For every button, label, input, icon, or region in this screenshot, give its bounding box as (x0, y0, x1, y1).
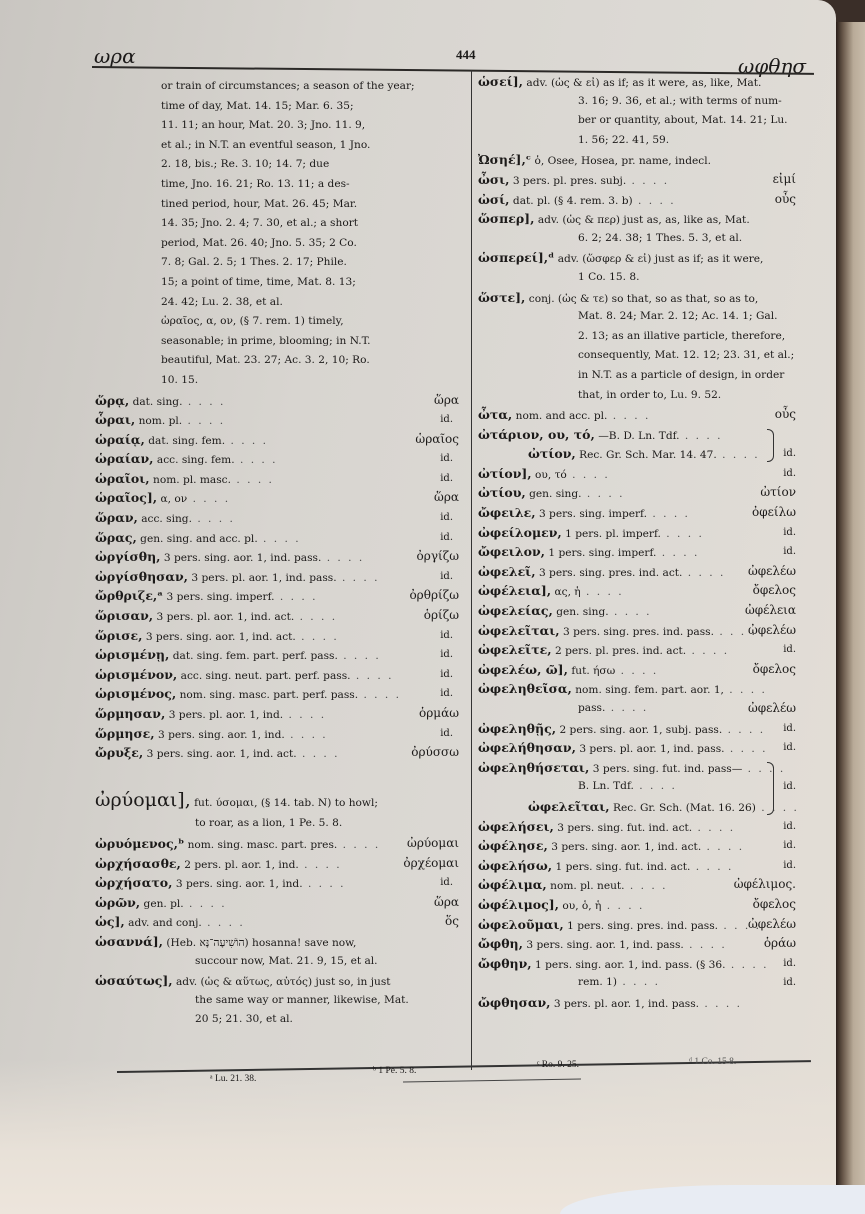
headword: ὤφθην, (478, 956, 532, 971)
dictionary-line: ὠφέλιμα, nom. pl. neut. . . . .ὠφέλιμος. (478, 875, 818, 895)
dictionary-line: 20 5; 21. 30, et al. (95, 1010, 465, 1030)
dictionary-line: ὠφεληθῇς, 2 pers. sing. aor. 1, subj. pa… (478, 719, 818, 739)
cross-reference: id. (440, 449, 453, 469)
headword: ὠρυόμενος,ᵇ (95, 836, 184, 851)
headword: ὠργίσθησαν, (95, 569, 188, 584)
leader-dots: . . . . (296, 631, 339, 643)
headword: ὠφέλιμος], (478, 897, 559, 912)
leader-dots: . . . . (682, 567, 725, 579)
dictionary-line: 2. 18, bis.; Re. 3. 10; 14. 7; due (95, 155, 465, 175)
cross-reference: id. (440, 665, 453, 685)
headword: ὠφεληθεῖσα, (478, 681, 572, 696)
leader-dots: . . . . (225, 435, 268, 447)
cross-reference: ὠφέλεια (745, 601, 796, 621)
headword: ὠρχήσασθε, (95, 856, 181, 871)
dictionary-line: ὥσπερ], adv. (ὡς & περ) just as, as, lik… (478, 209, 818, 229)
cross-reference: ὄφελος (753, 660, 796, 680)
leader-dots: . . . . (724, 684, 767, 696)
dictionary-line: ὡσεί], adv. (ὡς & εἰ) as if; as it were,… (478, 72, 818, 92)
leader-dots: . . . . (625, 880, 668, 892)
definition: 3 pers. sing. imperf. (166, 591, 274, 603)
dictionary-line: ὠφελεῖται, 3 pers. sing. pres. ind. pass… (478, 621, 818, 641)
dictionary-line: ὠφελέω, ῶ], fut. ήσω . . . .ὄφελος (478, 660, 818, 680)
headword: ὧραι, (95, 412, 135, 427)
cross-reference: id. (783, 856, 796, 876)
definition: 1 pers. sing. pres. ind. pass. (567, 920, 718, 932)
headword: ὤφθη, (478, 936, 523, 951)
headword: ὡσπερεί],ᵈ (478, 250, 554, 265)
leader-dots: . . . . (285, 729, 328, 741)
dictionary-line: ὠρχήσατο, 3 pers. sing. aor. 1, ind. . .… (95, 873, 465, 893)
definition: 3 pers. sing. aor. 1, ind. pass. (526, 939, 683, 951)
dictionary-line: rem. 1) . . . .id. (478, 973, 818, 993)
definition: 1 pers. sing. aor. 1, ind. pass. (§ 36. (535, 959, 725, 971)
definition: gen. sing. (556, 606, 608, 618)
leader-dots: . . . . (617, 976, 660, 988)
dictionary-line: ὡρισμένῃ, dat. sing. fem. part. perf. pa… (95, 645, 465, 665)
cross-reference: id. (440, 567, 453, 587)
dictionary-line: consequently, Mat. 12. 12; 23. 31, et al… (478, 346, 818, 366)
headword: ὠφελείας, (478, 603, 553, 618)
cross-reference: id. (783, 542, 796, 562)
cross-reference: ὥρα (434, 893, 459, 913)
leader-dots: . . . . (605, 702, 648, 714)
cross-reference: id. (440, 724, 453, 744)
headword: ὠτάριον, ου, τό, (478, 427, 595, 442)
entry-text: 20 5; 21. 30, et al. (195, 1013, 293, 1025)
entry-text: et al.; in N.T. an eventful season, 1 Jn… (161, 139, 370, 151)
leader-dots: . . . . (690, 861, 733, 873)
cross-reference: ὥρα (434, 488, 459, 508)
footnote-a: ᵃ Lu. 21. 38. (210, 1074, 256, 1084)
headword: ὡρισμένον, (95, 667, 177, 682)
headword: ὠφελεῖται, (478, 623, 560, 638)
headword: ὡσεί], (478, 74, 523, 89)
leader-dots: . . . . (192, 513, 235, 525)
cross-reference: ὡραῖος (415, 430, 459, 450)
entry-text: or train of circumstances; a season of t… (161, 80, 415, 92)
cross-reference: id. (783, 954, 796, 974)
dictionary-line: ὠφέλησε, 3 pers. sing. aor. 1, ind. act.… (478, 836, 818, 856)
cross-reference: οὖς (775, 190, 796, 210)
headword: ὤφθησαν, (478, 995, 551, 1010)
leader-dots: . . . . (275, 591, 318, 603)
dictionary-line: ὡραίαν, acc. sing. fem. . . . .id. (95, 449, 465, 469)
definition: adv. and conj. (128, 917, 202, 929)
headword: ὠσί, (478, 192, 510, 207)
definition: 3 pers. sing. aor. 1, ind. (176, 878, 303, 890)
cross-reference: id. (783, 777, 796, 797)
entry-text: to roar, as a lion, 1 Pe. 5. 8. (195, 817, 342, 829)
entry-text: tined period, hour, Mat. 26. 45; Mar. (161, 198, 357, 210)
cross-reference: ὠφελέω (748, 621, 796, 641)
footnote-c: ᶜ Ro. 9. 25. (537, 1060, 579, 1070)
definition: 3 pers. pl. aor. 1, ind. (169, 709, 283, 721)
headword: ὠφέλιμα, (478, 877, 547, 892)
cross-reference: id. (783, 444, 796, 464)
leader-dots: . . . . (297, 748, 340, 760)
dictionary-line: ὠσί, dat. pl. (§ 4. rem. 3. b) . . . .οὖ… (478, 190, 818, 210)
entry-text: 2. 18, bis.; Re. 3. 10; 14. 7; due (161, 158, 329, 170)
dictionary-line: ὥρισε, 3 pers. sing. aor. 1, ind. act. .… (95, 626, 465, 646)
headword: ὠφελεῖ, (478, 564, 536, 579)
definition: nom. pl. neut. (550, 880, 624, 892)
headword: ὠρχήσατο, (95, 875, 172, 890)
leader-dots: . . . . (607, 410, 650, 422)
leader-dots: . . . . (235, 454, 278, 466)
dictionary-line: ὤφθη, 3 pers. sing. aor. 1, ind. pass. .… (478, 934, 818, 954)
definition: fut. ύσομαι, (§ 14. tab. N) to howl; (194, 797, 378, 809)
headword: ὥρισαν, (95, 608, 153, 623)
dictionary-line: ὠρχήσασθε, 2 pers. pl. aor. 1, ind. . . … (95, 854, 465, 874)
cross-reference: id. (440, 684, 453, 704)
dictionary-line: ὤρθριζε,ᵃ 3 pers. sing. imperf. . . . .ὀ… (95, 586, 465, 606)
left-column: or train of circumstances; a season of t… (95, 77, 465, 1030)
dictionary-line: ὠφελείας, gen. sing. . . . .ὠφέλεια (478, 601, 818, 621)
cross-reference: εἰμί (773, 170, 796, 190)
dictionary-line: ὠφεληθεῖσα, nom. sing. fem. part. aor. 1… (478, 679, 818, 699)
dictionary-line: ὠτίου, gen. sing. . . . .ὠτίον (478, 483, 818, 503)
entry-text: seasonable; in prime, blooming; in N.T. (161, 335, 371, 347)
cross-reference: ὁράω (764, 934, 796, 954)
headword: ὤφειλε, (478, 505, 536, 520)
headword: ὠργίσθη, (95, 549, 161, 564)
leader-dots: . . . . (338, 650, 381, 662)
headword: ὠφελήσει, (478, 819, 554, 834)
leader-dots: . . . . (337, 839, 380, 851)
leader-dots: . . . . (601, 900, 644, 912)
entry-text: 1. 56; 22. 41, 59. (578, 134, 669, 146)
definition: ὁ, Osee, Hosea, pr. name, indecl. (535, 155, 711, 167)
cross-reference: ὠφελέω (748, 915, 796, 935)
entry-text: ὡραῖος, α, ον, (§ 7. rem. 1) timely, (161, 315, 344, 327)
headword: ὦσι, (478, 172, 510, 187)
definition: acc. sing. neut. part. perf. pass. (181, 670, 351, 682)
dictionary-line: ὠφέλιμος], ου, ὁ, ἡ . . . .ὄφελος (478, 895, 818, 915)
definition: ου, ὁ, ἡ (562, 900, 601, 912)
definition: 1 pers. sing. imperf. (548, 547, 656, 559)
cross-reference: id. (440, 528, 453, 548)
leader-dots: . . . . (684, 939, 727, 951)
headword: ὠφελήθησαν, (478, 740, 576, 755)
headword: ὥστε], (478, 290, 525, 305)
leader-dots: . . . . (726, 959, 769, 971)
definition: 3 pers. pl. aor. 1, ind. act. (157, 611, 295, 623)
definition: adv. (ὡς & εἰ) as if; as it were, as, li… (526, 77, 761, 89)
cross-reference: ὄφελος (753, 895, 796, 915)
headword: ὥρμησαν, (95, 706, 165, 721)
definition: gen. sing. (529, 488, 581, 500)
headword: ὤρυξε, (95, 745, 143, 760)
entry-text: 10. 15. (161, 374, 198, 386)
headword: ὠφελεῖτε, (478, 642, 552, 657)
definition: α, ον (160, 493, 187, 505)
dictionary-line: ὤφειλον, 1 pers. sing. imperf. . . . .id… (478, 542, 818, 562)
column-divider (471, 70, 472, 1070)
definition: fut. ήσω (571, 665, 615, 677)
cross-reference: ὠφελέω (748, 562, 796, 582)
entry-text: time, Jno. 16. 21; Ro. 13. 11; a des- (161, 178, 350, 190)
book-page: ωρα 444 ωφθησ or train of circumstances;… (0, 0, 836, 1214)
entry-text: ber or quantity, about, Mat. 14. 21; Lu. (578, 114, 788, 126)
cross-reference: id. (783, 640, 796, 660)
cross-reference: id. (783, 464, 796, 484)
headword: ὠφεληθήσεται, (478, 760, 589, 775)
dictionary-line: beautiful, Mat. 23. 27; Ac. 3. 2, 10; Ro… (95, 351, 465, 371)
leader-dots: . . . . (283, 709, 326, 721)
dictionary-line: ὠφελοῦμαι, 1 pers. sing. pres. ind. pass… (478, 915, 818, 935)
definition: ου, τό (535, 469, 567, 481)
leader-dots: . . . . (717, 449, 760, 461)
cross-reference: id. (783, 523, 796, 543)
dictionary-line: succour now, Mat. 21. 9, 15, et al. (95, 952, 465, 972)
dictionary-line: ὥρας, gen. sing. and acc. pl. . . . .id. (95, 528, 465, 548)
entry-text: 15; a point of time, time, Mat. 8. 13; (161, 276, 356, 288)
cross-reference: id. (440, 410, 453, 430)
entry-text: time of day, Mat. 14. 15; Mar. 6. 35; (161, 100, 354, 112)
footnote-b: ᵇ 1 Pe. 5. 8. (373, 1066, 416, 1076)
cross-reference: id. (440, 469, 453, 489)
dictionary-line: ὡραίᾳ, dat. sing. fem. . . . .ὡραῖος (95, 430, 465, 450)
definition: 1 pers. pl. imperf. (565, 528, 661, 540)
running-head-left: ωρα (94, 44, 136, 68)
leader-dots: . . . . (656, 547, 699, 559)
dictionary-line: ὡσαννά], (Heb. הוֹשִׁיעָה־נָּא) hosanna!… (95, 932, 465, 952)
cross-reference: ὠφέλιμος. (734, 875, 796, 895)
headword: ὡραῖος], (95, 490, 157, 505)
dictionary-line: or train of circumstances; a season of t… (95, 77, 465, 97)
definition: rem. 1) (578, 976, 617, 988)
definition: conj. (ὡς & τε) so that, so as that, so … (529, 293, 758, 305)
dictionary-line: ὥρᾳ, dat. sing. . . . .ὥρα (95, 391, 465, 411)
definition: 3 pers. sing. pres. ind. act. (539, 567, 682, 579)
entry-text: 6. 2; 24. 38; 1 Thes. 5. 3, et al. (578, 232, 742, 244)
definition: 3 pers. sing. imperf. (539, 508, 647, 520)
leader-dots: . . . . (701, 841, 744, 853)
headword: ὦτα, (478, 407, 512, 422)
definition: —B. D. Ln. Tdf. (598, 430, 679, 442)
headword: ὡρῶν, (95, 895, 140, 910)
leader-dots: . . . . (321, 552, 364, 564)
dictionary-line: ὤρυξε, 3 pers. sing. aor. 1, ind. act. .… (95, 743, 465, 763)
definition: adv. (ὥσφερ & εἰ) just as if; as it were… (558, 253, 764, 265)
entry-text: in N.T. as a particle of design, in orde… (578, 369, 784, 381)
definition: 2 pers. sing. aor. 1, subj. pass. (559, 724, 722, 736)
headword: ὠτίον, (528, 446, 576, 461)
dictionary-line: ὥρισαν, 3 pers. pl. aor. 1, ind. act. . … (95, 606, 465, 626)
leader-dots: . . . . (581, 586, 624, 598)
dictionary-line: 3. 16; 9. 36, et al.; with terms of num- (478, 92, 818, 112)
dictionary-line: tined period, hour, Mat. 26. 45; Mar. (95, 195, 465, 215)
definition: 2 pers. pl. aor. 1, ind. (184, 859, 298, 871)
leader-dots: . . . . (615, 665, 658, 677)
definition: Rec. Gr. Sch. (Mat. 16. 26) (613, 802, 756, 814)
dictionary-line: ὡραῖοι, nom. pl. masc. . . . .id. (95, 469, 465, 489)
leader-dots: . . . . (626, 175, 669, 187)
headword: ὠρύομαι], (95, 789, 191, 811)
entry-text: 14. 35; Jno. 2. 4; 7. 30, et al.; a shor… (161, 217, 358, 229)
headword: ὥρᾳ, (95, 393, 129, 408)
headword: ὥραν, (95, 510, 138, 525)
grouping-brace (767, 429, 774, 462)
headword: ὡρισμένος, (95, 686, 176, 701)
definition: 2 pers. pl. pres. ind. act. (555, 645, 686, 657)
page-number: 444 (456, 47, 476, 63)
leader-dots: . . . . (187, 493, 230, 505)
entry-text: period, Mat. 26. 40; Jno. 5. 35; 2 Co. (161, 237, 357, 249)
dictionary-line: ὠργίσθησαν, 3 pers. pl. aor. 1, ind. pas… (95, 567, 465, 587)
dictionary-line: ὠφελεῖ, 3 pers. sing. pres. ind. act. . … (478, 562, 818, 582)
definition: dat. pl. (§ 4. rem. 3. b) (513, 195, 633, 207)
dictionary-line: ὠφέλεια], ας, ἡ . . . .ὄφελος (478, 581, 818, 601)
headword: ὡς], (95, 914, 125, 929)
leader-dots: . . . . (299, 859, 342, 871)
leader-dots: . . . . (294, 611, 337, 623)
leader-dots: . . . . (634, 780, 677, 792)
dictionary-line: ὠτίον], ου, τό . . . .id. (478, 464, 818, 484)
grouping-brace (767, 762, 774, 815)
entry-text: Mat. 8. 24; Mar. 2. 12; Ac. 14. 1; Gal. (578, 310, 777, 322)
cross-reference: ὁρίζω (424, 606, 459, 626)
leader-dots: . . . . (722, 724, 765, 736)
dictionary-line: that, in order to, Lu. 9. 52. (478, 386, 818, 406)
definition: nom. pl. (139, 415, 183, 427)
dictionary-line: ὦσι, 3 pers. pl. pres. subj. . . . .εἰμί (478, 170, 818, 190)
dictionary-line: ὠφελεῖτε, 2 pers. pl. pres. ind. act. . … (478, 640, 818, 660)
dictionary-line: the same way or manner, likewise, Mat. (95, 991, 465, 1011)
dictionary-line: period, Mat. 26. 40; Jno. 5. 35; 2 Co. (95, 234, 465, 254)
entry-text: 11. 11; an hour, Mat. 20. 3; Jno. 11. 9, (161, 119, 365, 131)
leader-dots: . . . . (647, 508, 690, 520)
cross-reference: ὀρχέομαι (403, 854, 459, 874)
cross-reference: id. (783, 719, 796, 739)
leader-dots: . . . . (358, 689, 401, 701)
headword: ὡσαννά], (95, 934, 163, 949)
definition: acc. sing. fem. (157, 454, 235, 466)
entry-text: the same way or manner, likewise, Mat. (195, 994, 409, 1006)
definition: B. Ln. Tdf. (578, 780, 634, 792)
dictionary-line: Mat. 8. 24; Mar. 2. 12; Ac. 14. 1; Gal. (478, 307, 818, 327)
definition: nom. and acc. pl. (516, 410, 608, 422)
entry-text: beautiful, Mat. 23. 27; Ac. 3. 2, 10; Ro… (161, 354, 370, 366)
dictionary-line: ὤφειλε, 3 pers. sing. imperf. . . . .ὀφε… (478, 503, 818, 523)
cross-reference: ὁρμάω (419, 704, 459, 724)
dictionary-line: ὥστε], conj. (ὡς & τε) so that, so as th… (478, 288, 818, 308)
dictionary-line: 1 Co. 15. 8. (478, 268, 818, 288)
definition: Rec. Gr. Sch. Mar. 14. 47. (579, 449, 717, 461)
definition: (Heb. הוֹשִׁיעָה־נָּא) hosanna! save now… (166, 937, 356, 949)
definition: adv. (ὡς & αὕτως, αὐτός) just so, in jus… (176, 976, 391, 988)
cross-reference: id. (783, 836, 796, 856)
leader-dots: . . . . (582, 488, 625, 500)
dictionary-line: ὡσπερεί],ᵈ adv. (ὥσφερ & εἰ) just as if;… (478, 248, 818, 268)
headword: ὠτίου, (478, 485, 526, 500)
definition: 3 pers. pl. aor. 1, ind. pass. (191, 572, 336, 584)
definition: 3 pers. sing. fut. ind. pass— (593, 763, 743, 775)
definition: 3 pers. sing. aor. 1, ind. act. (146, 631, 296, 643)
leader-dots: . . . . (680, 430, 723, 442)
dictionary-line: Ὠσηέ],ᶜ ὁ, Osee, Hosea, pr. name, indecl… (478, 150, 818, 170)
dictionary-line: 1. 56; 22. 41, 59. (478, 131, 818, 151)
dictionary-line: ὠρύομαι], fut. ύσομαι, (§ 14. tab. N) to… (95, 786, 465, 814)
headword: ὤρθριζε,ᵃ (95, 588, 163, 603)
headword: ὥρισε, (95, 628, 142, 643)
dictionary-line: 15; a point of time, time, Mat. 8. 13; (95, 273, 465, 293)
leader-dots: . . . . (258, 533, 301, 545)
leader-dots: . . . . (609, 606, 652, 618)
dictionary-line: ὠργίσθη, 3 pers. sing. aor. 1, ind. pass… (95, 547, 465, 567)
dictionary-line: ὥρμησε, 3 pers. sing. aor. 1, ind. . . .… (95, 724, 465, 744)
headword: ὠτίον], (478, 466, 532, 481)
leader-dots: . . . . (202, 917, 245, 929)
footnote-d: ᵈ 1 Co. 15 8. (689, 1057, 736, 1067)
headword: ὡραῖοι, (95, 471, 150, 486)
headword: ὡραίαν, (95, 451, 154, 466)
dictionary-line: ὤφθην, 1 pers. sing. aor. 1, ind. pass. … (478, 954, 818, 974)
dictionary-line: 2. 13; as an illative particle, therefor… (478, 327, 818, 347)
leader-dots: . . . . (182, 415, 225, 427)
definition: 1 pers. sing. fut. ind. act. (556, 861, 691, 873)
leader-dots: . . . . (686, 645, 729, 657)
cross-reference: id. (440, 508, 453, 528)
definition: dat. sing. fem. part. perf. pass. (173, 650, 338, 662)
leader-dots: . . . . (692, 822, 735, 834)
headword: ὠφεληθῇς, (478, 721, 556, 736)
definition: 3 pers. sing. pres. ind. pass. (563, 626, 714, 638)
leader-dots: . . . . (699, 998, 742, 1010)
definition: gen. pl. (144, 898, 184, 910)
dictionary-line: ὠφελήσω, 1 pers. sing. fut. ind. act. . … (478, 856, 818, 876)
headword: ὠφείλομεν, (478, 525, 562, 540)
headword: ὡρισμένῃ, (95, 647, 169, 662)
definition: nom. sing. masc. part. pres. (188, 839, 338, 851)
headword: ὠφέλεια], (478, 583, 551, 598)
cross-reference: ὀφείλω (752, 503, 796, 523)
leader-dots: . . . . (633, 195, 676, 207)
cross-reference: ὠτίον (760, 483, 796, 503)
dictionary-line: ὠφελήθησαν, 3 pers. pl. aor. 1, ind. pas… (478, 738, 818, 758)
cross-reference: ὀργίζω (417, 547, 459, 567)
leader-dots: . . . . (661, 528, 704, 540)
cross-reference: id. (440, 873, 453, 893)
dictionary-line: 14. 35; Jno. 2. 4; 7. 30, et al.; a shor… (95, 214, 465, 234)
entry-text: 3. 16; 9. 36, et al.; with terms of num- (578, 95, 782, 107)
dictionary-line: ὡραῖος, α, ον, (§ 7. rem. 1) timely, (95, 312, 465, 332)
dictionary-line: pass. . . . .ὠφελέω (478, 699, 818, 719)
headword: ὡραίᾳ, (95, 432, 145, 447)
headword: ὥσπερ], (478, 211, 534, 226)
cross-reference: id. (440, 645, 453, 665)
right-column: ὡσεί], adv. (ὡς & εἰ) as if; as it were,… (478, 72, 818, 1013)
dictionary-line: 6. 2; 24. 38; 1 Thes. 5. 3, et al. (478, 229, 818, 249)
headword: ὠφελήσω, (478, 858, 552, 873)
dictionary-line: ὧραι, nom. pl. . . . .id. (95, 410, 465, 430)
leader-dots: . . . . (231, 474, 274, 486)
headword: ὤφειλον, (478, 544, 545, 559)
definition: 3 pers. pl. aor. 1, ind. pass. (579, 743, 724, 755)
cross-reference: id. (783, 817, 796, 837)
leader-dots: . . . . (303, 878, 346, 890)
entry-text: succour now, Mat. 21. 9, 15, et al. (195, 955, 378, 967)
dictionary-line: to roar, as a lion, 1 Pe. 5. 8. (95, 814, 465, 834)
cross-reference: ὀρύσσω (411, 743, 459, 763)
headword: ὠφελοῦμαι, (478, 917, 564, 932)
definition: gen. sing. and acc. pl. (140, 533, 258, 545)
definition: 3 pers. sing. aor. 1, ind. pass. (164, 552, 321, 564)
dictionary-line: ὦτα, nom. and acc. pl. . . . .οὖς (478, 405, 818, 425)
headword: ὡσαύτως], (95, 973, 173, 988)
definition: nom. sing. fem. part. aor. 1, (575, 684, 724, 696)
